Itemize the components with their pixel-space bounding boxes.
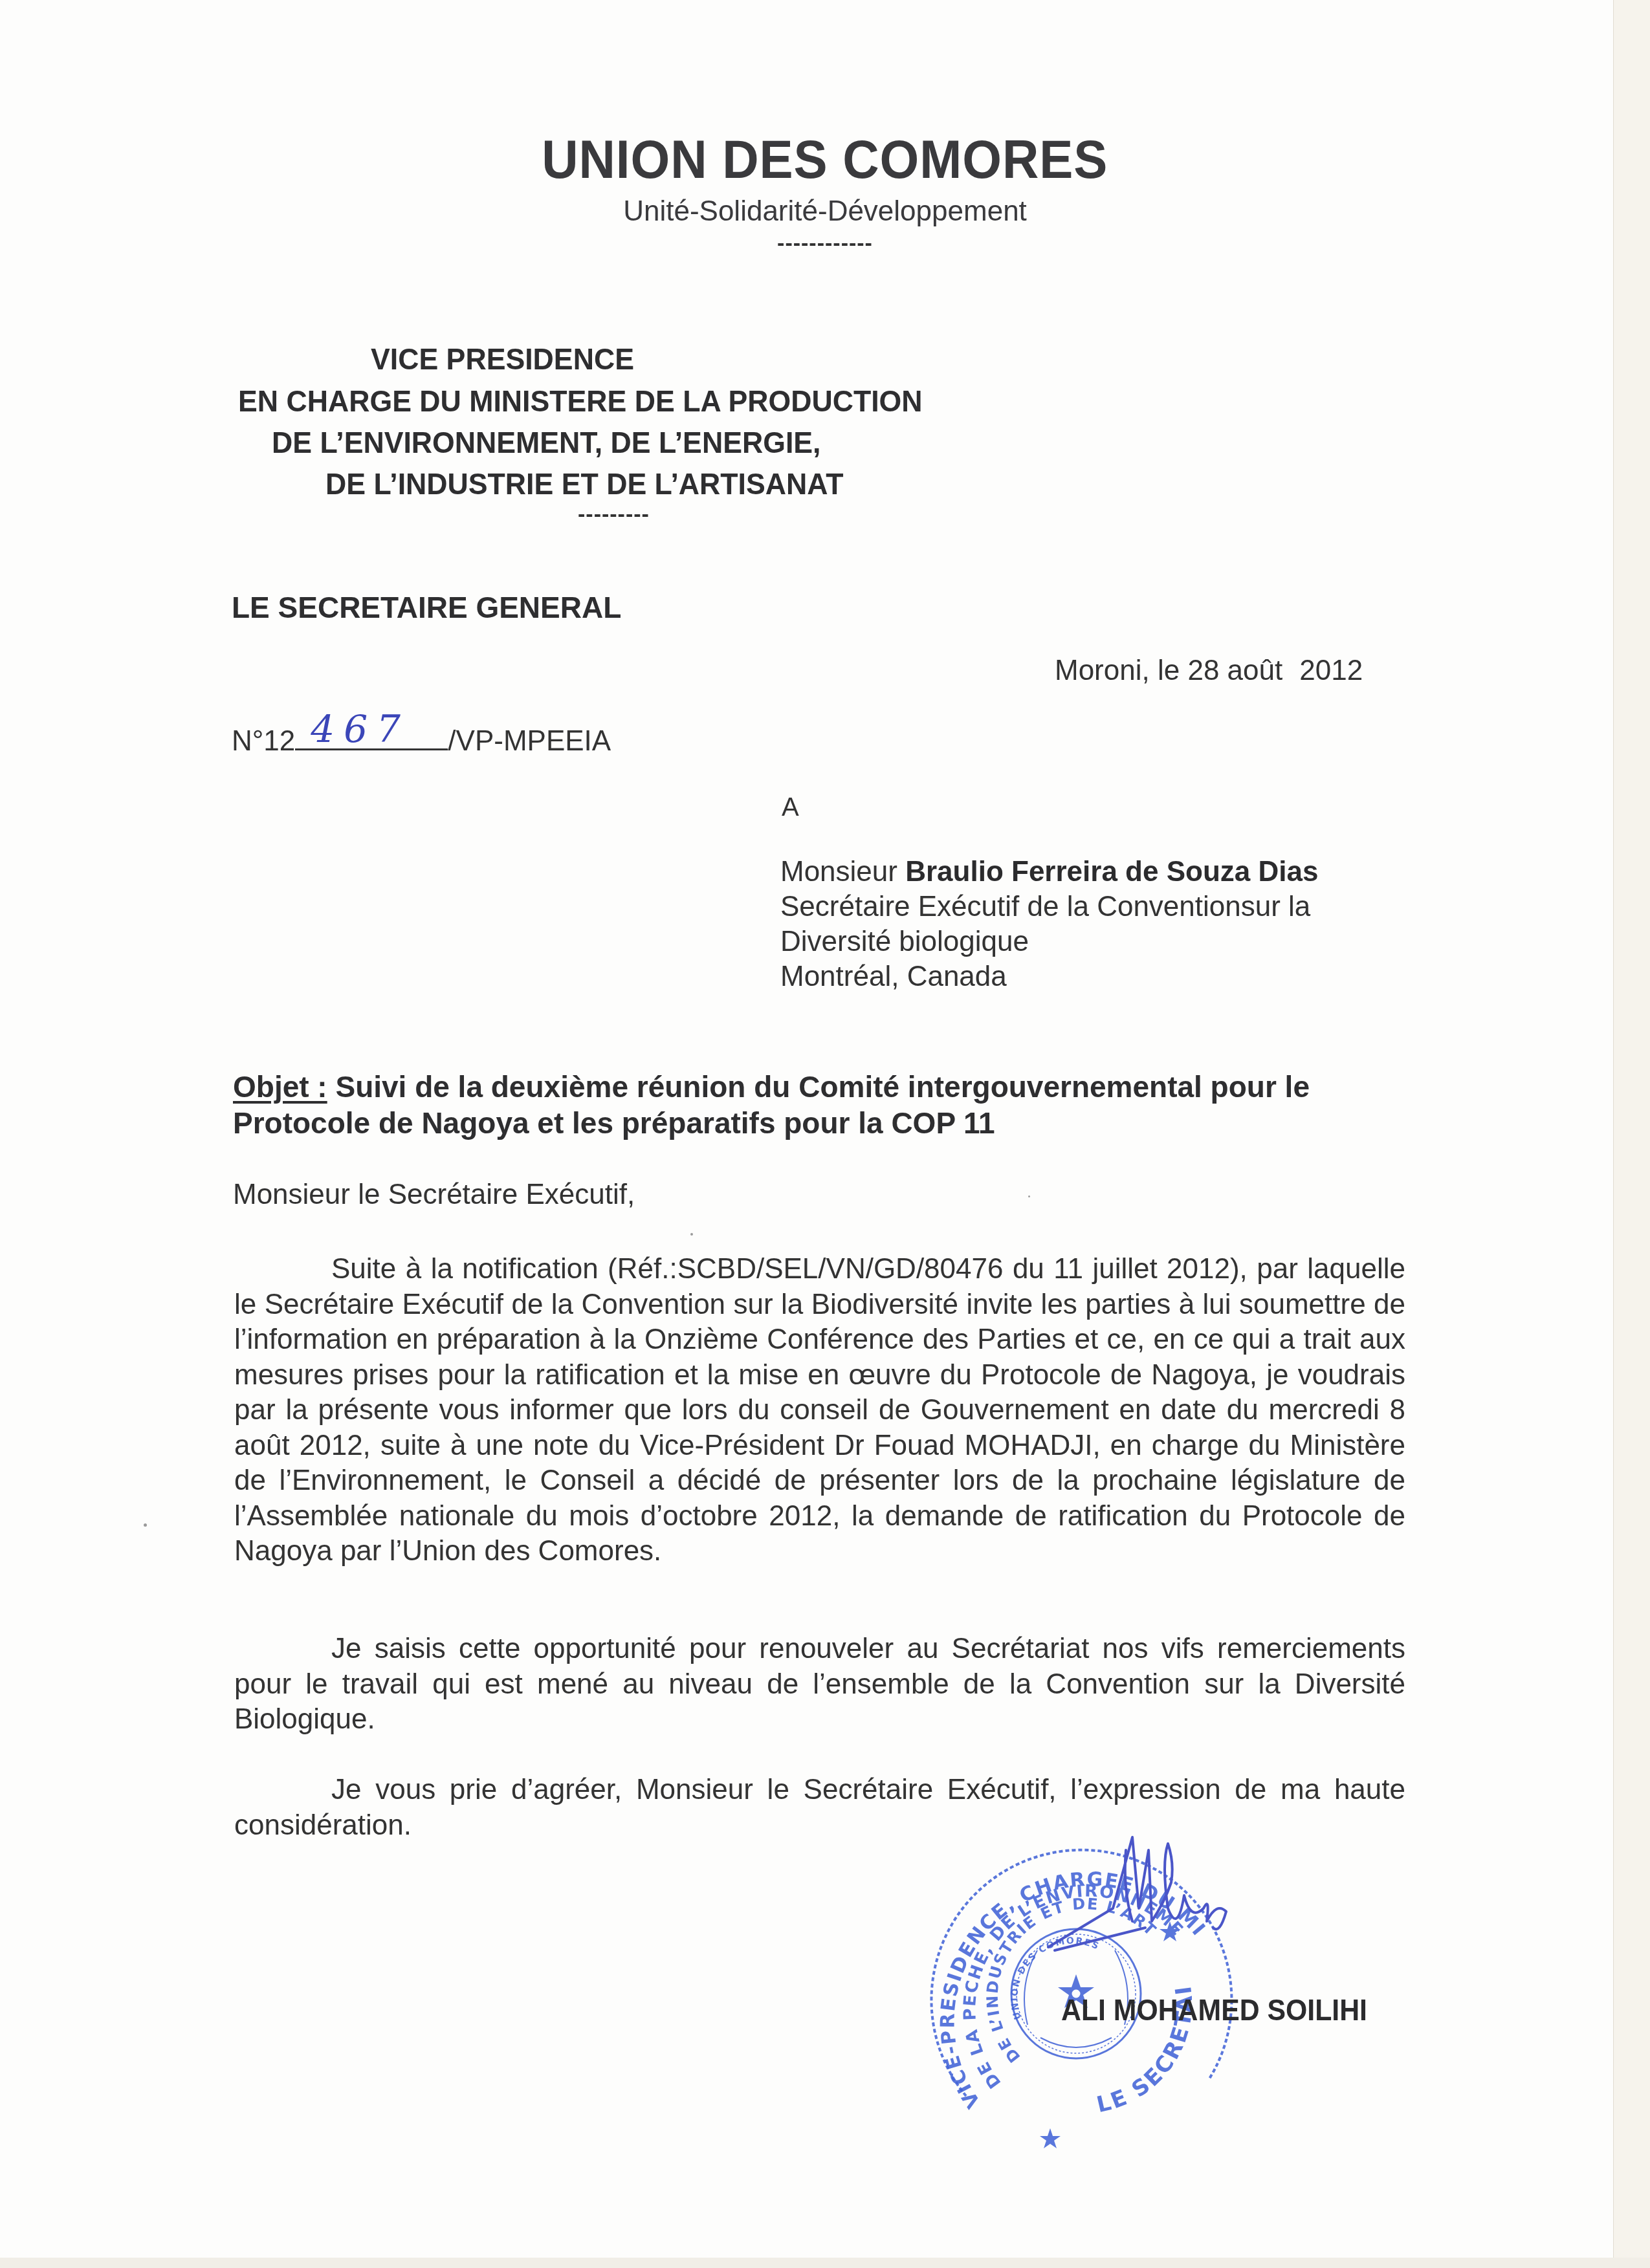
subject-text: Suivi de la deuxième réunion du Comité i…	[233, 1070, 1310, 1140]
ministry-line-1: VICE PRESIDENCE	[371, 341, 634, 376]
date-place-day: Moroni, le 28 août	[1055, 655, 1282, 686]
reference-blank: 467	[295, 723, 448, 750]
scan-speck	[144, 1523, 147, 1527]
recipient-name: Braulio Ferreira de Souza Dias	[905, 856, 1318, 888]
subject-line: Objet : Suivi de la deuxième réunion du …	[233, 1069, 1417, 1141]
signatory-name: ALI MOHAMED SOILIHI	[1061, 1992, 1367, 2027]
header-separator: ------------	[0, 231, 1650, 256]
body-paragraph-1: Suite à la notification (Réf.:SCBD/SEL/V…	[234, 1252, 1405, 1569]
national-motto: Unité-Solidarité-Développement	[0, 195, 1650, 228]
salutation: Monsieur le Secrétaire Exécutif,	[233, 1179, 635, 1211]
handwritten-signature-icon	[1035, 1824, 1268, 1979]
recipient-line-3: Montréal, Canada	[780, 959, 1318, 994]
recipient-name-line: Monsieur Braulio Ferreira de Souza Dias	[780, 855, 1318, 889]
reference-suffix: /VP-MPEEIA	[448, 725, 611, 757]
recipient-address: Monsieur Braulio Ferreira de Souza Dias …	[780, 855, 1318, 994]
scan-page-edge	[1613, 0, 1650, 2268]
subject-label: Objet :	[233, 1070, 327, 1104]
recipient-to-label: A	[782, 793, 799, 822]
reference-prefix: N°12	[232, 725, 295, 757]
country-title: UNION DES COMORES	[58, 128, 1592, 191]
recipient-line-2: Diversité biologique	[780, 924, 1318, 959]
office-title: LE SECRETAIRE GENERAL	[232, 590, 621, 625]
date-year: 2012	[1299, 655, 1363, 686]
ministry-separator: ---------	[578, 502, 650, 527]
recipient-line-1: Secrétaire Exécutif de la Conventionsur …	[780, 889, 1318, 924]
body-paragraph-2: Je saisis cette opportunité pour renouve…	[234, 1631, 1405, 1738]
reference-number: N°12467/VP-MPEEIA	[232, 723, 611, 758]
scan-speck	[690, 1233, 693, 1236]
ministry-line-4: DE L’INDUSTRIE ET DE L’ARTISANAT	[325, 466, 843, 501]
ministry-line-2: EN CHARGE DU MINISTERE DE LA PRODUCTION	[238, 383, 923, 419]
scan-speck	[1028, 1195, 1030, 1197]
ministry-line-3: DE L’ENVIRONNEMENT, DE L’ENERGIE,	[272, 424, 820, 460]
handwritten-reference-number: 467	[311, 707, 410, 751]
scan-page-edge-bottom	[0, 2258, 1650, 2268]
recipient-title: Monsieur	[780, 856, 897, 888]
letter-date: Moroni, le 28 août2012	[1055, 655, 1363, 687]
